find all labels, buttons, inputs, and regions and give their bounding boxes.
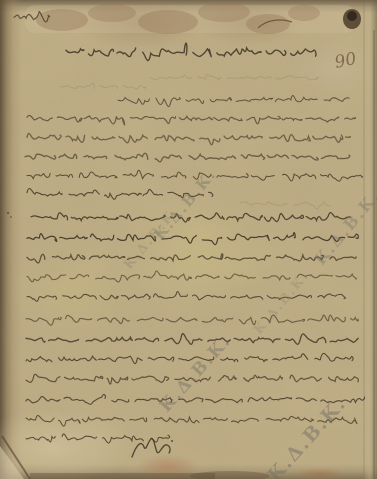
manuscript-scan: 90 Κ.Δ.Β.Κ.Κ.Δ.Β.Κ.Κ.Δ.Β.Κ.Κ.Δ.Β.Κ.Κ.Δ.Β… <box>0 0 377 479</box>
paper-grain <box>0 0 377 479</box>
manuscript-page: 90 Κ.Δ.Β.Κ.Κ.Δ.Β.Κ.Κ.Δ.Β.Κ.Κ.Δ.Β.Κ.Κ.Δ.Β… <box>0 0 377 479</box>
